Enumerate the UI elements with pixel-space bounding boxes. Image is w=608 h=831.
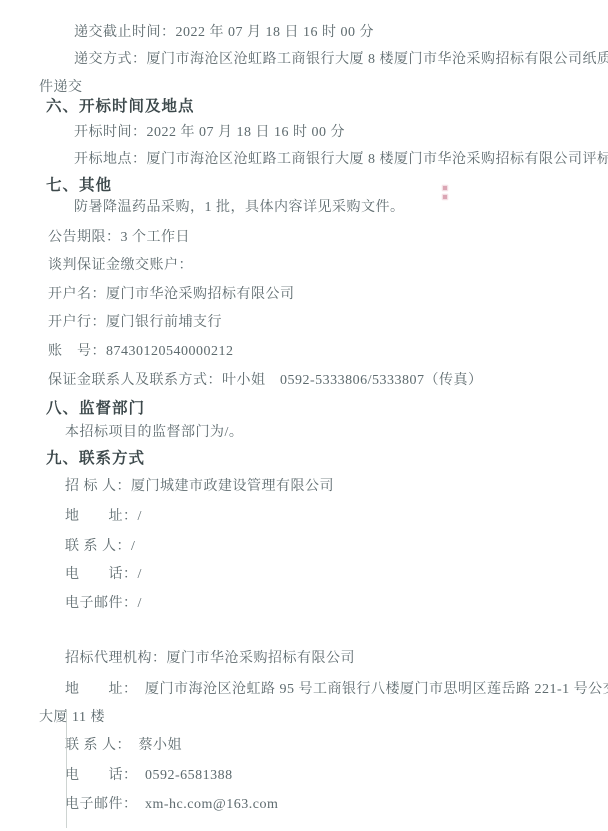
bank-line: 开户行：厦门银行前埔支行 (48, 314, 222, 332)
submission-deadline-line: 递交截止时间：2022 年 07 月 18 日 16 时 00 分 (74, 24, 374, 42)
agency-address-line-2: 大厦 11 楼 (39, 709, 105, 727)
agency-email-line: 电子邮件： xm-hc.com@163.com (65, 796, 278, 814)
section9-heading: 九、联系方式 (46, 449, 145, 468)
submission-method-line-1: 递交方式：厦门市海沧区沧虹路工商银行大厦 8 楼厦门市华沧采购招标有限公司纸质文 (74, 51, 608, 69)
tenderer-contact-line: 联 系 人：/ (65, 538, 135, 556)
procurement-item-line: 防暑降温药品采购，1 批，具体内容详见采购文件。 (74, 199, 405, 217)
bid-opening-place-line: 开标地点：厦门市海沧区沧虹路工商银行大厦 8 楼厦门市华沧采购招标有限公司评标室 (74, 151, 608, 169)
bid-opening-time-line: 开标时间：2022 年 07 月 18 日 16 时 00 分 (74, 124, 345, 142)
agency-name-line: 招标代理机构：厦门市华沧采购招标有限公司 (65, 650, 355, 668)
agency-contact-line: 联 系 人： 蔡小姐 (65, 737, 182, 755)
scan-artifact-dot (443, 186, 447, 190)
tenderer-phone-line: 电 话：/ (65, 566, 142, 584)
section8-heading: 八、监督部门 (46, 399, 145, 418)
tenderer-address-line: 地 址：/ (65, 508, 142, 526)
deposit-account-title-line: 谈判保证金缴交账户： (48, 257, 193, 275)
section7-heading: 七、其他 (46, 176, 112, 195)
account-name-line: 开户名：厦门市华沧采购招标有限公司 (48, 286, 295, 304)
agency-phone-line: 电 话： 0592-6581388 (65, 767, 233, 785)
scan-artifact-vertical-line (66, 710, 67, 828)
notice-period-line: 公告期限：3 个工作日 (48, 229, 190, 247)
submission-method-line-2: 件递交 (39, 79, 83, 97)
deposit-contact-line: 保证金联系人及联系方式：叶小姐 0592-5333806/5333807（传真） (48, 372, 483, 390)
tenderer-email-line: 电子邮件：/ (65, 595, 142, 613)
agency-address-line-1: 地 址： 厦门市海沧区沧虹路 95 号工商银行八楼厦门市思明区莲岳路 221-1… (65, 681, 608, 699)
tenderer-name-line: 招 标 人：厦门城建市政建设管理有限公司 (65, 478, 334, 496)
scan-artifact-dot (443, 195, 447, 199)
supervision-line: 本招标项目的监督部门为/。 (65, 424, 243, 442)
account-number-line: 账 号：87430120540000212 (48, 343, 234, 361)
section6-heading: 六、开标时间及地点 (46, 97, 195, 116)
document-page: 递交截止时间：2022 年 07 月 18 日 16 时 00 分 递交方式：厦… (0, 0, 608, 831)
